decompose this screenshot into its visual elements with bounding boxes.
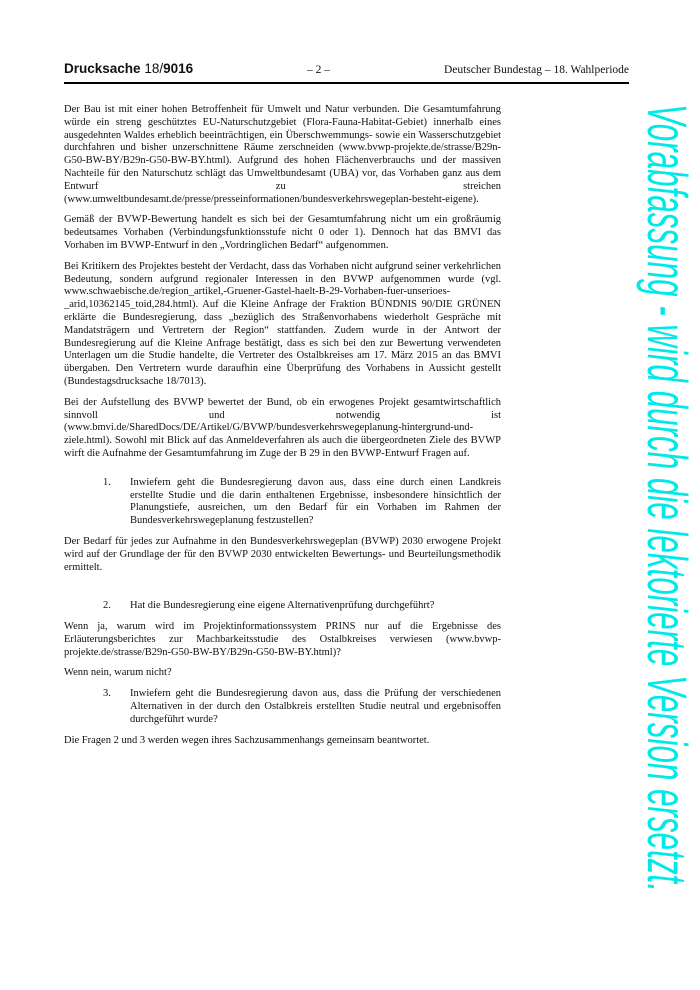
question-2-sub-1: Wenn ja, warum wird im Projektinformatio… (64, 621, 501, 659)
question-1-number: 1. (103, 477, 130, 528)
question-1-text: Inwiefern geht die Bundesregierung davon… (130, 477, 501, 528)
question-item-3: 3. Inwiefern geht die Bundesregierung da… (103, 688, 501, 726)
doc-number: Drucksache 18/9016 (64, 62, 193, 76)
question-3-text: Inwiefern geht die Bundesregierung davon… (130, 688, 501, 726)
doc-label: Drucksache (64, 61, 141, 76)
page-number: – 2 – (193, 63, 444, 77)
answer-paragraph-2: Die Fragen 2 und 3 werden wegen ihres Sa… (64, 735, 501, 748)
intro-paragraph-1: Der Bau ist mit einer hohen Betroffenhei… (64, 104, 501, 206)
doc-number-bold: 9016 (163, 61, 193, 76)
session-label: Deutscher Bundestag – 18. Wahlperiode (444, 63, 629, 77)
watermark-text: Vorabfassung - wird durch die lektoriert… (636, 104, 699, 892)
document-body: Der Bau ist mit einer hohen Betroffenhei… (64, 104, 501, 755)
question-2-number: 2. (103, 600, 130, 613)
question-item-2: 2. Hat die Bundesregierung eine eigene A… (103, 600, 501, 613)
question-2-text: Hat die Bundesregierung eine eigene Alte… (130, 600, 501, 613)
page-header: Drucksache 18/9016 – 2 – Deutscher Bunde… (64, 62, 629, 84)
document-page: Drucksache 18/9016 – 2 – Deutscher Bunde… (0, 0, 700, 990)
question-item-1: 1. Inwiefern geht die Bundesregierung da… (103, 477, 501, 528)
intro-paragraph-2: Gemäß der BVWP-Bewertung handelt es sich… (64, 214, 501, 252)
intro-paragraph-3: Bei Kritikern des Projektes besteht der … (64, 261, 501, 389)
question-3-number: 3. (103, 688, 130, 726)
question-2-sub-2: Wenn nein, warum nicht? (64, 667, 501, 680)
answer-paragraph-1: Der Bedarf für jedes zur Aufnahme in den… (64, 536, 501, 574)
doc-number-prefix: 18/ (144, 61, 163, 76)
intro-paragraph-4: Bei der Aufstellung des BVWP bewertet de… (64, 397, 501, 461)
